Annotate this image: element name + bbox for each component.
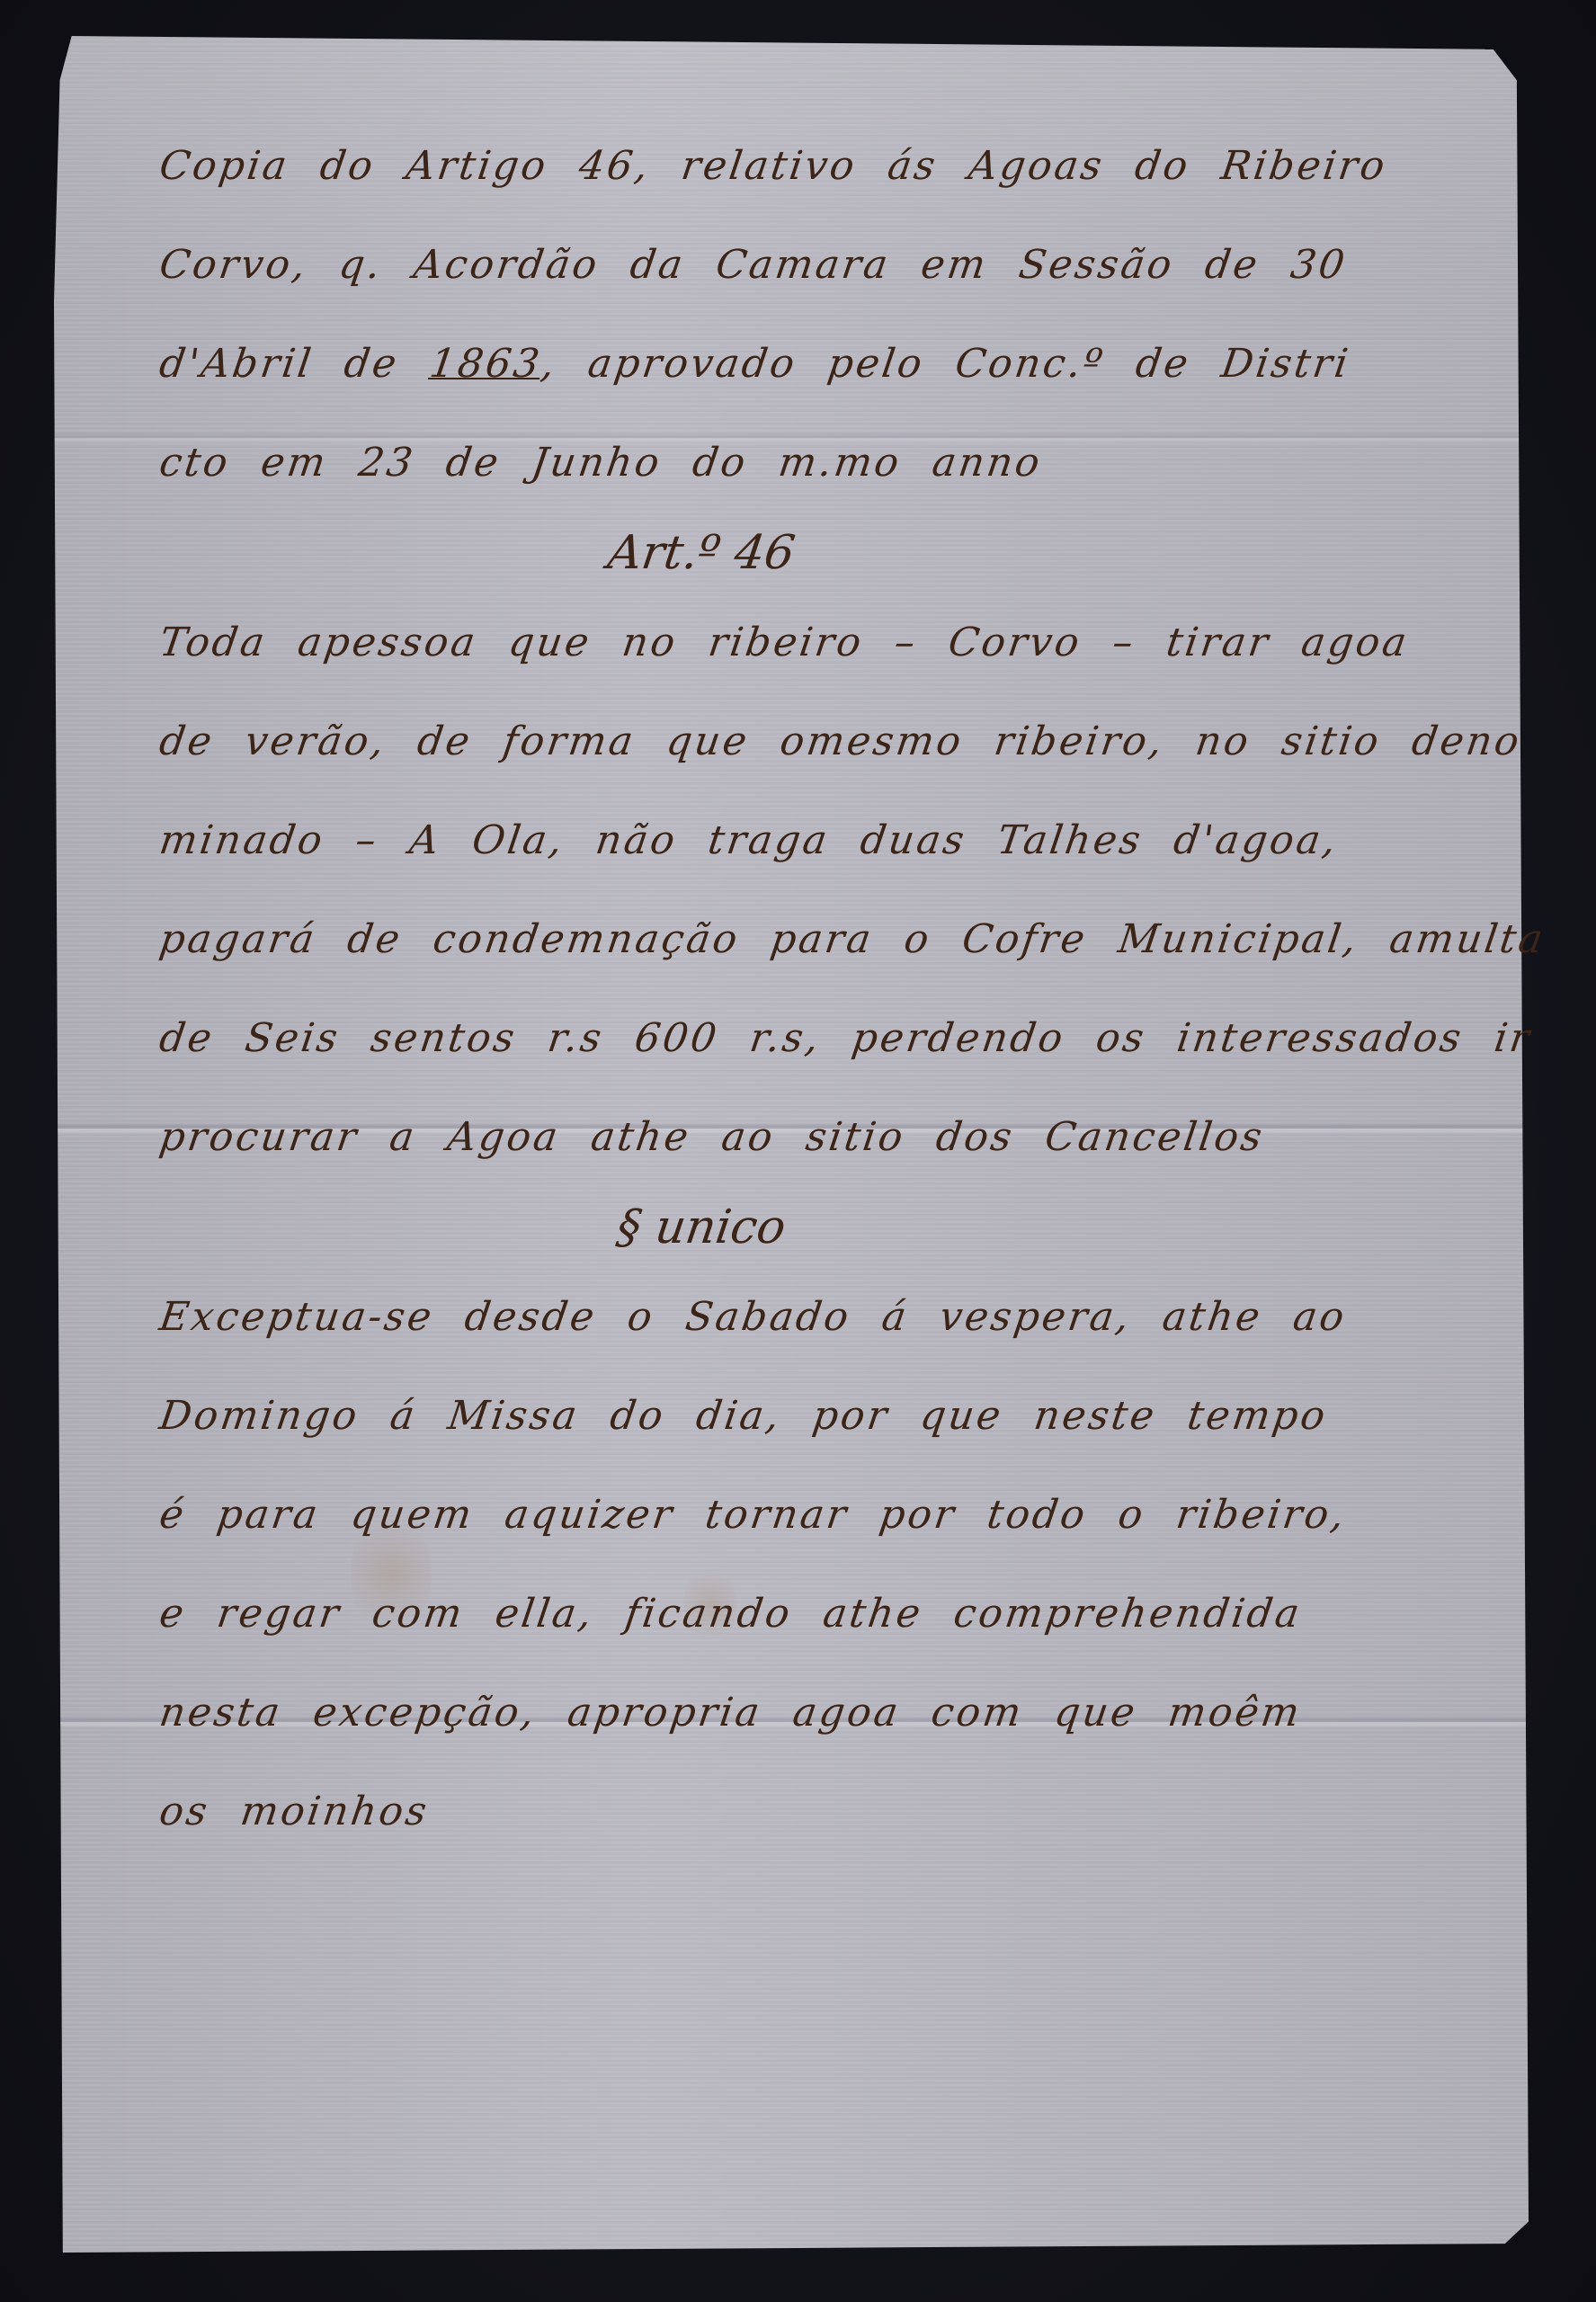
year-underlined: 1863 (427, 341, 545, 387)
article-line: pagará de condemnação para o Cofre Munic… (153, 890, 1479, 989)
header-line: cto em 23 de Junho do m.mo anno (153, 414, 1479, 513)
paragraph-line: e regar com ella, ficando athe comprehen… (153, 1565, 1479, 1664)
article-line: de verão, de forma que omesmo ribeiro, n… (153, 692, 1479, 791)
manuscript-text: Copia do Artigo 46, relativo ás Agoas do… (153, 117, 1466, 1861)
paragraph-line: Domingo á Missa do dia, por que neste te… (153, 1367, 1479, 1466)
paragraph-line: é para quem aquizer tornar por todo o ri… (153, 1466, 1479, 1565)
article-line: procurar a Agoa athe ao sitio dos Cancel… (153, 1088, 1479, 1187)
article-line: Toda apessoa que no ribeiro – Corvo – ti… (153, 593, 1479, 692)
paragraph-line: os moinhos (153, 1762, 1479, 1861)
paragraph-line: Exceptua-se desde o Sabado á vespera, at… (153, 1268, 1479, 1367)
article-body: Toda apessoa que no ribeiro – Corvo – ti… (153, 593, 1466, 1187)
article-line: minado – A Ola, não traga duas Talhes d'… (153, 791, 1479, 890)
header-line: Corvo, q. Acordão da Camara em Sessão de… (153, 216, 1479, 315)
header-line: d'Abril de 1863, aprovado pelo Conc.º de… (153, 315, 1479, 414)
article-line: de Seis sentos r.s 600 r.s, perdendo os … (153, 989, 1479, 1088)
document-header: Copia do Artigo 46, relativo ás Agoas do… (153, 117, 1466, 513)
header-line: Copia do Artigo 46, relativo ás Agoas do… (153, 117, 1479, 216)
article-heading: Art.º 46 (147, 513, 1472, 593)
paragraph-body: Exceptua-se desde o Sabado á vespera, at… (153, 1268, 1466, 1861)
paragraph-line: nesta excepção, apropria agoa com que mo… (153, 1664, 1479, 1762)
paragraph-heading: § unico (147, 1187, 1472, 1268)
